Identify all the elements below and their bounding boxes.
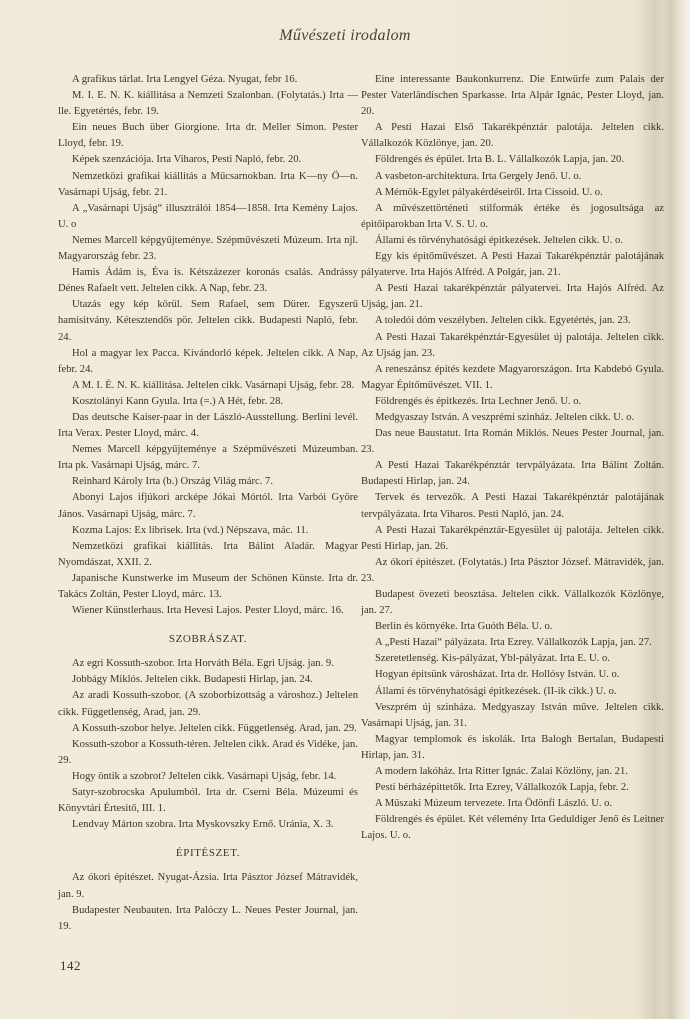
scanned-page: Művészeti irodalom A grafikus tárlat. Ir… bbox=[0, 0, 690, 1019]
bibliography-entry: Das deutsche Kaiser-paar in der László-A… bbox=[58, 410, 358, 442]
bibliography-entry: Földrengés és épület. Két vélemény Irta … bbox=[361, 812, 664, 844]
bibliography-entry: A Pesti Hazai Első Takarékpénztár palotá… bbox=[361, 120, 664, 152]
bibliography-entry: Nemes Marcell képgyűjteménye. Szépművész… bbox=[58, 233, 358, 265]
bibliography-entry: Szeretetlenség. Kis-pályázat, Ybl-pályáz… bbox=[361, 651, 664, 667]
left-column: A grafikus tárlat. Irta Lengyel Géza. Ny… bbox=[58, 72, 358, 935]
bibliography-entry: Budapest övezeti beosztása. Jeltelen cik… bbox=[361, 587, 664, 619]
page-gutter-shadow bbox=[662, 0, 690, 1019]
bibliography-entry: Tervek és tervezők. A Pesti Hazai Takaré… bbox=[361, 490, 664, 522]
bibliography-entry: Lendvay Márton szobra. Irta Myskovszky E… bbox=[58, 817, 358, 833]
bibliography-entry: A grafikus tárlat. Irta Lengyel Géza. Ny… bbox=[58, 72, 358, 88]
bibliography-entry: Magyar templomok és iskolák. Irta Balogh… bbox=[361, 732, 664, 764]
bibliography-entry: Veszprém új szinháza. Medgyaszay István … bbox=[361, 700, 664, 732]
bibliography-entry: M. I. E. N. K. kiállitása a Nemzeti Szal… bbox=[58, 88, 358, 120]
bibliography-entry: A „Pesti Hazai“ pályázata. Irta Ezrey. V… bbox=[361, 635, 664, 651]
bibliography-entry: A Pesti Hazai Takarékpénztár tervpályáza… bbox=[361, 458, 664, 490]
bibliography-entry: Kozma Lajos: Ex librisek. Irta (vd.) Nép… bbox=[58, 523, 358, 539]
bibliography-entry: Pesti bérházépittetők. Irta Ezrey, Válla… bbox=[361, 780, 664, 796]
bibliography-entry: Jobbágy Miklós. Jeltelen cikk. Budapesti… bbox=[58, 672, 358, 688]
bibliography-entry: Nemzetközi grafikai kiállitás. Irta Báli… bbox=[58, 539, 358, 571]
bibliography-entry: Állami és törvényhatósági épitkezések. (… bbox=[361, 684, 664, 700]
bibliography-entry: Budapester Neubauten. Irta Palóczy L. Ne… bbox=[58, 903, 358, 935]
bibliography-entry: Hogyan épitsünk városházat. Irta dr. Hol… bbox=[361, 667, 664, 683]
bibliography-entry: Földrengés és épület. Irta B. L. Vállalk… bbox=[361, 152, 664, 168]
bibliography-entry: Nemzetközi grafikai kiállitás a Műcsarno… bbox=[58, 169, 358, 201]
bibliography-entry: A Pesti Hazai Takarékpénztár-Egyesület ú… bbox=[361, 523, 664, 555]
bibliography-entry: Ein neues Buch über Giorgione. Irta dr. … bbox=[58, 120, 358, 152]
bibliography-entry: Kosztolányi Kann Gyula. Irta (=.) A Hét,… bbox=[58, 394, 358, 410]
bibliography-entry: Utazás egy kép körül. Sem Rafael, sem Dü… bbox=[58, 297, 358, 345]
bibliography-entry: Hol a magyar lex Pacca. Kivándorló képek… bbox=[58, 346, 358, 378]
bibliography-entry: Abonyi Lajos ifjúkori arcképe Jókai Mórt… bbox=[58, 490, 358, 522]
bibliography-entry: A művészettörténeti stilformák értéke és… bbox=[361, 201, 664, 233]
bibliography-entry: A Pesti Hazai Takarékpénztár-Egyesület ú… bbox=[361, 330, 664, 362]
bibliography-entry: A modern lakóház. Irta Ritter Ignác. Zal… bbox=[361, 764, 664, 780]
bibliography-entry: Kossuth-szobor a Kossuth-téren. Jeltelen… bbox=[58, 737, 358, 769]
bibliography-entry: A Műszaki Múzeum tervezete. Irta Ödönfi … bbox=[361, 796, 664, 812]
bibliography-entry: Wiener Künstlerhaus. Irta Hevesi Lajos. … bbox=[58, 603, 358, 619]
bibliography-entry: Medgyaszay István. A veszprémi szinház. … bbox=[361, 410, 664, 426]
bibliography-entry: Japanische Kunstwerke im Museum der Schö… bbox=[58, 571, 358, 603]
bibliography-entry: A vasbeton-architektura. Irta Gergely Je… bbox=[361, 169, 664, 185]
bibliography-entry: Hogy öntik a szobrot? Jeltelen cikk. Vas… bbox=[58, 769, 358, 785]
bibliography-entry: Das neue Baustatut. Irta Román Miklós. N… bbox=[361, 426, 664, 458]
section-heading-epiteszet: ÉPITÉSZET. bbox=[58, 845, 358, 861]
bibliography-entry: Berlin és környéke. Irta Guóth Béla. U. … bbox=[361, 619, 664, 635]
bibliography-entry: Az ókori épitészet. Nyugat-Ázsia. Irta P… bbox=[58, 870, 358, 902]
bibliography-entry: Egy kis épitőművészet. A Pesti Hazai Tak… bbox=[361, 249, 664, 281]
page-number: 142 bbox=[60, 958, 81, 974]
running-head: Művészeti irodalom bbox=[0, 27, 690, 45]
bibliography-entry: Állami és törvényhatósági épitkezések. J… bbox=[361, 233, 664, 249]
bibliography-entry: A M. I. É. N. K. kiállitása. Jeltelen ci… bbox=[58, 378, 358, 394]
bibliography-entry: Képek szenzációja. Irta Viharos, Pesti N… bbox=[58, 152, 358, 168]
bibliography-entry: Az egri Kossuth-szobor. Irta Horváth Bél… bbox=[58, 656, 358, 672]
right-column: Eine interessante Baukonkurrenz. Die Ent… bbox=[361, 72, 664, 845]
bibliography-entry: A Mérnök-Egylet pályakérdéseiről. Irta C… bbox=[361, 185, 664, 201]
bibliography-entry: Reinhard Károly Irta (b.) Ország Világ m… bbox=[58, 474, 358, 490]
bibliography-entry: A Kossuth-szobor helye. Jeltelen cikk. F… bbox=[58, 721, 358, 737]
section-heading-szobraszat: SZOBRÁSZAT. bbox=[58, 631, 358, 647]
bibliography-entry: Nemes Marcell képgyűjteménye a Szépművés… bbox=[58, 442, 358, 474]
bibliography-entry: Satyr-szobrocska Apulumból. Irta dr. Cse… bbox=[58, 785, 358, 817]
bibliography-entry: Hamis Ádám is, Éva is. Kétszázezer koron… bbox=[58, 265, 358, 297]
bibliography-entry: A reneszánsz épités kezdete Magyarország… bbox=[361, 362, 664, 394]
bibliography-entry: Földrengés és épitkezés. Irta Lechner Je… bbox=[361, 394, 664, 410]
bibliography-entry: Az ókori épitészet. (Folytatás.) Irta Pá… bbox=[361, 555, 664, 587]
bibliography-entry: Az aradi Kossuth-szobor. (A szoborbizott… bbox=[58, 688, 358, 720]
bibliography-entry: A Pesti Hazai takarékpénztár pályatervei… bbox=[361, 281, 664, 313]
bibliography-entry: Eine interessante Baukonkurrenz. Die Ent… bbox=[361, 72, 664, 120]
bibliography-entry: A „Vasárnapi Ujság“ illusztrálói 1854—18… bbox=[58, 201, 358, 233]
bibliography-entry: A toledói dóm veszélyben. Jeltelen cikk.… bbox=[361, 313, 664, 329]
